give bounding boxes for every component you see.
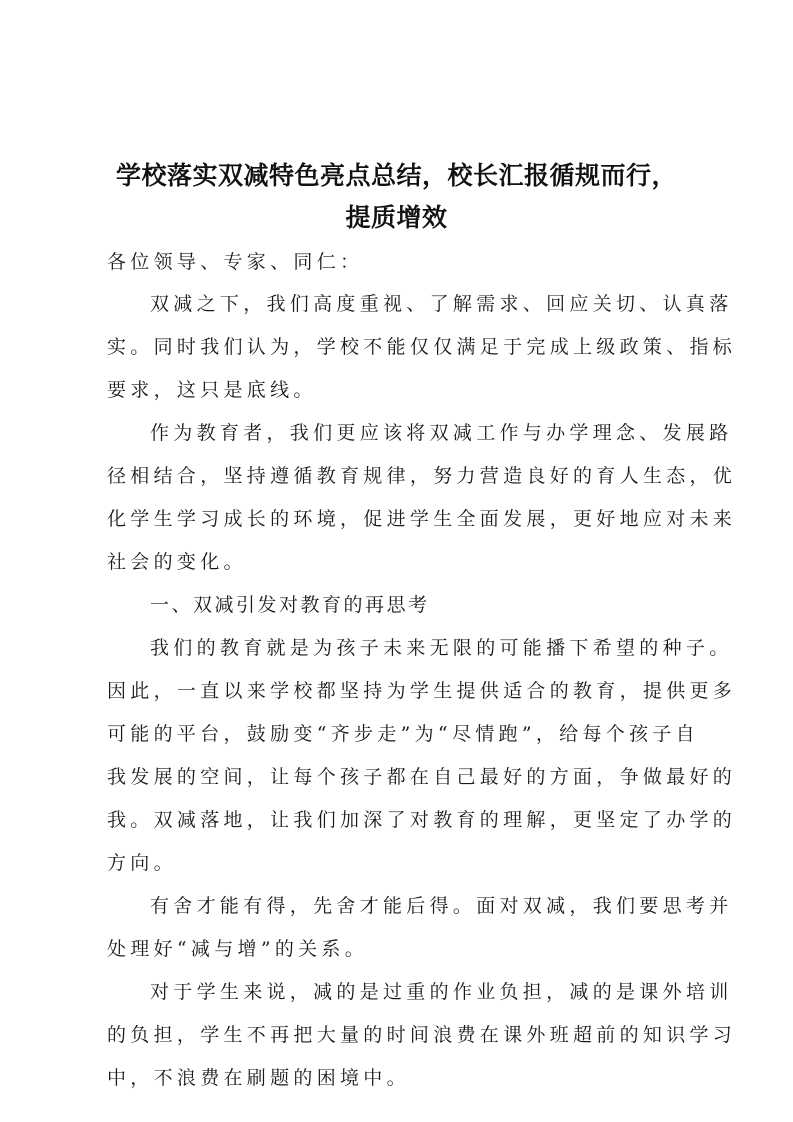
- paragraph-line: 的负担，学生不再把大量的时间浪费在课外班超前的知识学习: [107, 1023, 687, 1047]
- title-line-1: 学校落实双减特色亮点总结，校长汇报循规而行，: [100, 158, 693, 194]
- paragraph-line: 要求，这只是底线。: [107, 378, 687, 402]
- paragraph-line: 实。同时我们认为，学校不能仅仅满足于完成上级政策、指标: [107, 335, 687, 359]
- paragraph-line: 我发展的空间，让每个孩子都在自己最好的方面，争做最好的: [107, 765, 687, 789]
- paragraph-line: 有舍才能有得，先舍才能后得。面对双减，我们要思考并: [150, 894, 730, 918]
- section-heading: 一、双减引发对教育的再思考: [150, 593, 730, 617]
- paragraph-line: 径相结合，坚持遵循教育规律，努力营造良好的育人生态，优: [107, 464, 687, 488]
- paragraph-line: 社会的变化。: [107, 550, 687, 574]
- paragraph-line: 可能的平台，鼓励变“齐步走”为“尽情跑”，给每个孩子自: [107, 722, 687, 746]
- paragraph-line: 对于学生来说，减的是过重的作业负担，减的是课外培训: [150, 980, 730, 1004]
- paragraph-line: 各位领导、专家、同仁：: [107, 250, 687, 274]
- paragraph-line: 作为教育者，我们更应该将双减工作与办学理念、发展路: [150, 421, 730, 445]
- paragraph-line: 中，不浪费在刷题的困境中。: [107, 1066, 687, 1090]
- paragraph-line: 我们的教育就是为孩子未来无限的可能播下希望的种子。: [150, 636, 730, 660]
- document-page: 学校落实双减特色亮点总结，校长汇报循规而行， 提质增效 各位领导、专家、同仁：双…: [0, 0, 793, 1122]
- title-line-2: 提质增效: [100, 200, 693, 236]
- paragraph-line: 方向。: [107, 851, 687, 875]
- paragraph-line: 处理好“减与增”的关系。: [107, 937, 687, 961]
- paragraph-line: 我。双减落地，让我们加深了对教育的理解，更坚定了办学的: [107, 808, 687, 832]
- paragraph-line: 化学生学习成长的环境，促进学生全面发展，更好地应对未来: [107, 507, 687, 531]
- paragraph-line: 双减之下，我们高度重视、了解需求、回应关切、认真落: [150, 292, 730, 316]
- paragraph-line: 因此，一直以来学校都坚持为学生提供适合的教育，提供更多: [107, 679, 687, 703]
